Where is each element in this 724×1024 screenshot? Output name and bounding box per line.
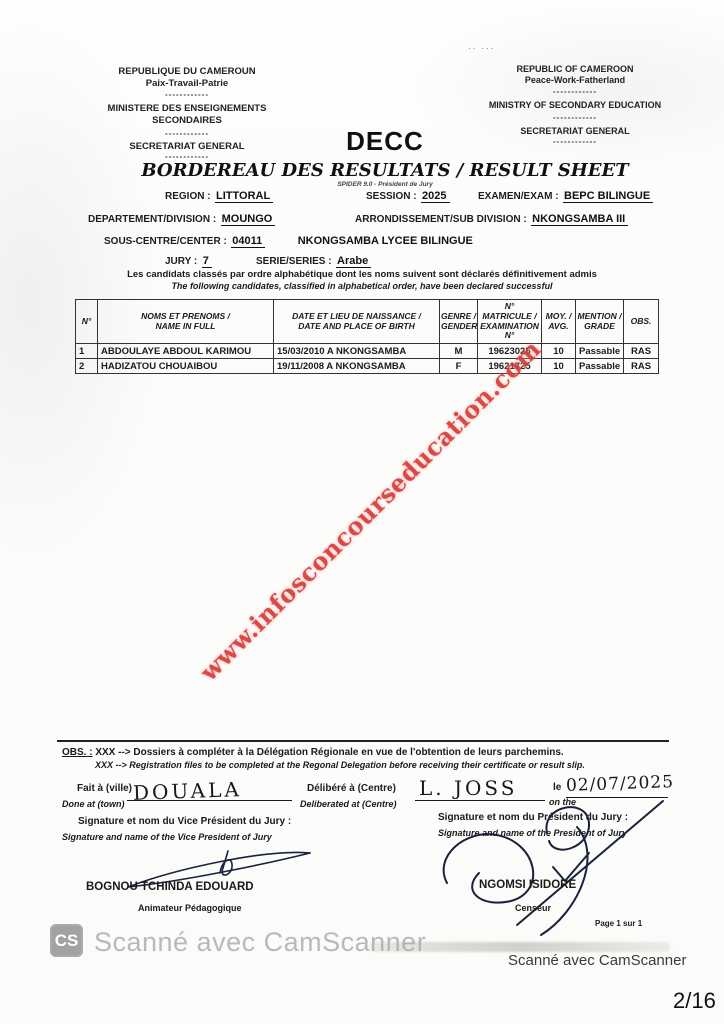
page-title: DECC	[120, 126, 650, 157]
president-name: NGOMSI ISIDORE	[479, 879, 576, 891]
col-matricule-fr: N° MATRICULE /	[479, 302, 540, 322]
admission-note-en: The following candidates, classified in …	[62, 281, 662, 291]
motto-line-fr: Paix-Travail-Patrie	[72, 78, 302, 90]
obs-label: OBS. :	[62, 747, 93, 758]
col-avg: MOY. / AVG.	[542, 300, 576, 344]
jury-field: JURY : 7	[165, 251, 212, 269]
date-handwritten-value: 02/07/2025	[566, 772, 675, 796]
section-divider-line	[57, 740, 669, 742]
obs-note-fr: OBS. : XXX --> Dossiers à compléter à la…	[62, 747, 672, 758]
cell-avg: 10	[542, 344, 576, 359]
obs-note-en: XXX --> Registration files to be complet…	[95, 760, 675, 770]
cell-birth: 15/03/2010 A NKONGSAMBA	[274, 344, 440, 359]
series-field: SERIE/SERIES : Arabe	[256, 251, 371, 269]
col-matricule: N° MATRICULE / EXAMINATION N°	[478, 300, 542, 344]
deliberated-label-en: Deliberated at (Centre)	[300, 799, 397, 809]
done-at-label-fr: Fait à (ville)	[77, 783, 132, 794]
divider-dashes: ------------	[72, 90, 302, 100]
division-value: MOUNGO	[221, 213, 276, 226]
table-row: 1 ABDOULAYE ABDOUL KARIMOU 15/03/2010 A …	[76, 344, 659, 359]
jury-label: JURY :	[165, 256, 197, 267]
division-label: DEPARTEMENT/DIVISION :	[88, 214, 216, 225]
region-value: LITTORAL	[215, 190, 273, 203]
president-role: Censeur	[515, 903, 551, 913]
vice-president-name: BOGNOU TCHINDA EDOUARD	[86, 881, 254, 893]
exam-field: EXAMEN/EXAM : BEPC BILINGUE	[478, 186, 653, 204]
table-row: 2 HADIZATOU CHOUAIBOU 19/11/2008 A NKONG…	[76, 359, 659, 374]
cell-grade: Passable	[576, 359, 624, 374]
col-num: N°	[76, 300, 98, 344]
session-field: SESSION : 2025	[366, 186, 450, 204]
cell-num: 2	[76, 359, 98, 374]
document-subtitle: BORDEREAU DES RESULTATS / RESULT SHEET	[120, 160, 650, 181]
session-value: 2025	[421, 190, 449, 203]
results-table: N° NOMS ET PRENOMS / NAME IN FULL DATE E…	[75, 299, 659, 374]
document-title-block: DECC BORDEREAU DES RESULTATS / RESULT SH…	[120, 126, 650, 188]
results-table-wrap: N° NOMS ET PRENOMS / NAME IN FULL DATE E…	[75, 299, 659, 374]
obs-text-fr: XXX --> Dossiers à compléter à la Déléga…	[95, 747, 563, 758]
col-birth: DATE ET LIEU DE NAISSANCE / DATE AND PLA…	[274, 300, 440, 344]
center-field: SOUS-CENTRE/CENTER : 04011 NKONGSAMBA LY…	[104, 231, 473, 249]
center-code: 04011	[231, 235, 265, 248]
series-value: Arabe	[336, 255, 371, 268]
cell-gender: M	[440, 344, 478, 359]
subdivision-field: ARRONDISSEMENT/SUB DIVISION : NKONGSAMBA…	[355, 209, 628, 227]
col-name: NOMS ET PRENOMS / NAME IN FULL	[98, 300, 274, 344]
divider-dashes: ------------	[465, 87, 685, 97]
col-grade: MENTION / GRADE	[576, 300, 624, 344]
done-at-label-en: Done at (town)	[62, 799, 125, 809]
scanned-result-sheet: ·· ··· REPUBLIQUE DU CAMEROUN Paix-Trava…	[0, 0, 724, 1024]
subdivision-label: ARRONDISSEMENT/SUB DIVISION :	[355, 214, 527, 225]
divider-dashes: ------------	[465, 113, 685, 123]
deliberated-label-fr: Délibéré à (Centre)	[307, 783, 396, 794]
page-number: 2/16	[673, 988, 716, 1014]
exam-value: BEPC BILINGUE	[563, 190, 653, 203]
region-field: REGION : LITTORAL	[165, 186, 273, 204]
ministry-line-en: MINISTRY OF SECONDARY EDUCATION	[465, 100, 685, 111]
cell-matricule: 19621725	[478, 359, 542, 374]
scan-smear-artifact	[370, 942, 670, 952]
ministry-line-fr: MINISTERE DES ENSEIGNEMENTS SECONDAIRES	[72, 103, 302, 127]
scan-smudge-mark: ·· ···	[468, 44, 496, 53]
vice-president-signature-label-fr: Signature et nom du Vice Président du Ju…	[78, 816, 291, 827]
republic-line-en: REPUBLIC OF CAMEROON	[465, 64, 685, 75]
division-field: DEPARTEMENT/DIVISION : MOUNGO	[88, 209, 275, 227]
region-label: REGION :	[165, 191, 211, 202]
watermark-text: www.infosconcourseducation.com	[194, 334, 546, 686]
date-label-fr: le	[553, 782, 561, 793]
done-at-handwritten-value: DOUALA	[133, 777, 243, 805]
page-1-of-1-label: Page 1 sur 1	[595, 919, 642, 928]
col-gender: GENRE / GENDER	[440, 300, 478, 344]
camscanner-small-watermark: Scanné avec CamScanner	[508, 952, 686, 969]
cell-matricule: 19623025	[478, 344, 542, 359]
center-name: NKONGSAMBA LYCEE BILINGUE	[298, 235, 473, 247]
cell-name: HADIZATOU CHOUAIBOU	[98, 359, 274, 374]
cell-avg: 10	[542, 359, 576, 374]
exam-label: EXAMEN/EXAM :	[478, 191, 559, 202]
motto-line-en: Peace-Work-Fatherland	[465, 75, 685, 86]
cell-grade: Passable	[576, 344, 624, 359]
vice-president-signature-label-en: Signature and name of the Vice President…	[62, 832, 272, 842]
cell-obs: RAS	[624, 359, 659, 374]
table-header-row: N° NOMS ET PRENOMS / NAME IN FULL DATE E…	[76, 300, 659, 344]
col-avg-en: AVG.	[543, 322, 574, 332]
camscanner-logo-icon: CS	[50, 924, 83, 957]
vice-president-role: Animateur Pédagogique	[138, 903, 242, 913]
camscanner-logo-text: CS	[55, 931, 79, 951]
col-grade-en: GRADE	[577, 322, 622, 332]
cell-obs: RAS	[624, 344, 659, 359]
col-matricule-en: EXAMINATION N°	[479, 322, 540, 342]
cell-name: ABDOULAYE ABDOUL KARIMOU	[98, 344, 274, 359]
col-gender-en: GENDER	[441, 322, 476, 332]
col-obs: OBS.	[624, 300, 659, 344]
cell-num: 1	[76, 344, 98, 359]
republic-line-fr: REPUBLIQUE DU CAMEROUN	[72, 66, 302, 78]
subdivision-value: NKONGSAMBA III	[531, 213, 628, 226]
center-label: SOUS-CENTRE/CENTER :	[104, 236, 227, 247]
admission-note-fr: Les candidats classés par ordre alphabét…	[62, 269, 662, 280]
cell-birth: 19/11/2008 A NKONGSAMBA	[274, 359, 440, 374]
done-at-written-line: DOUALA	[127, 779, 292, 801]
col-birth-en: DATE AND PLACE OF BIRTH	[275, 322, 438, 332]
session-label: SESSION :	[366, 191, 417, 202]
col-name-en: NAME IN FULL	[99, 322, 272, 332]
jury-value: 7	[202, 255, 212, 268]
series-label: SERIE/SERIES :	[256, 256, 332, 267]
cell-gender: F	[440, 359, 478, 374]
